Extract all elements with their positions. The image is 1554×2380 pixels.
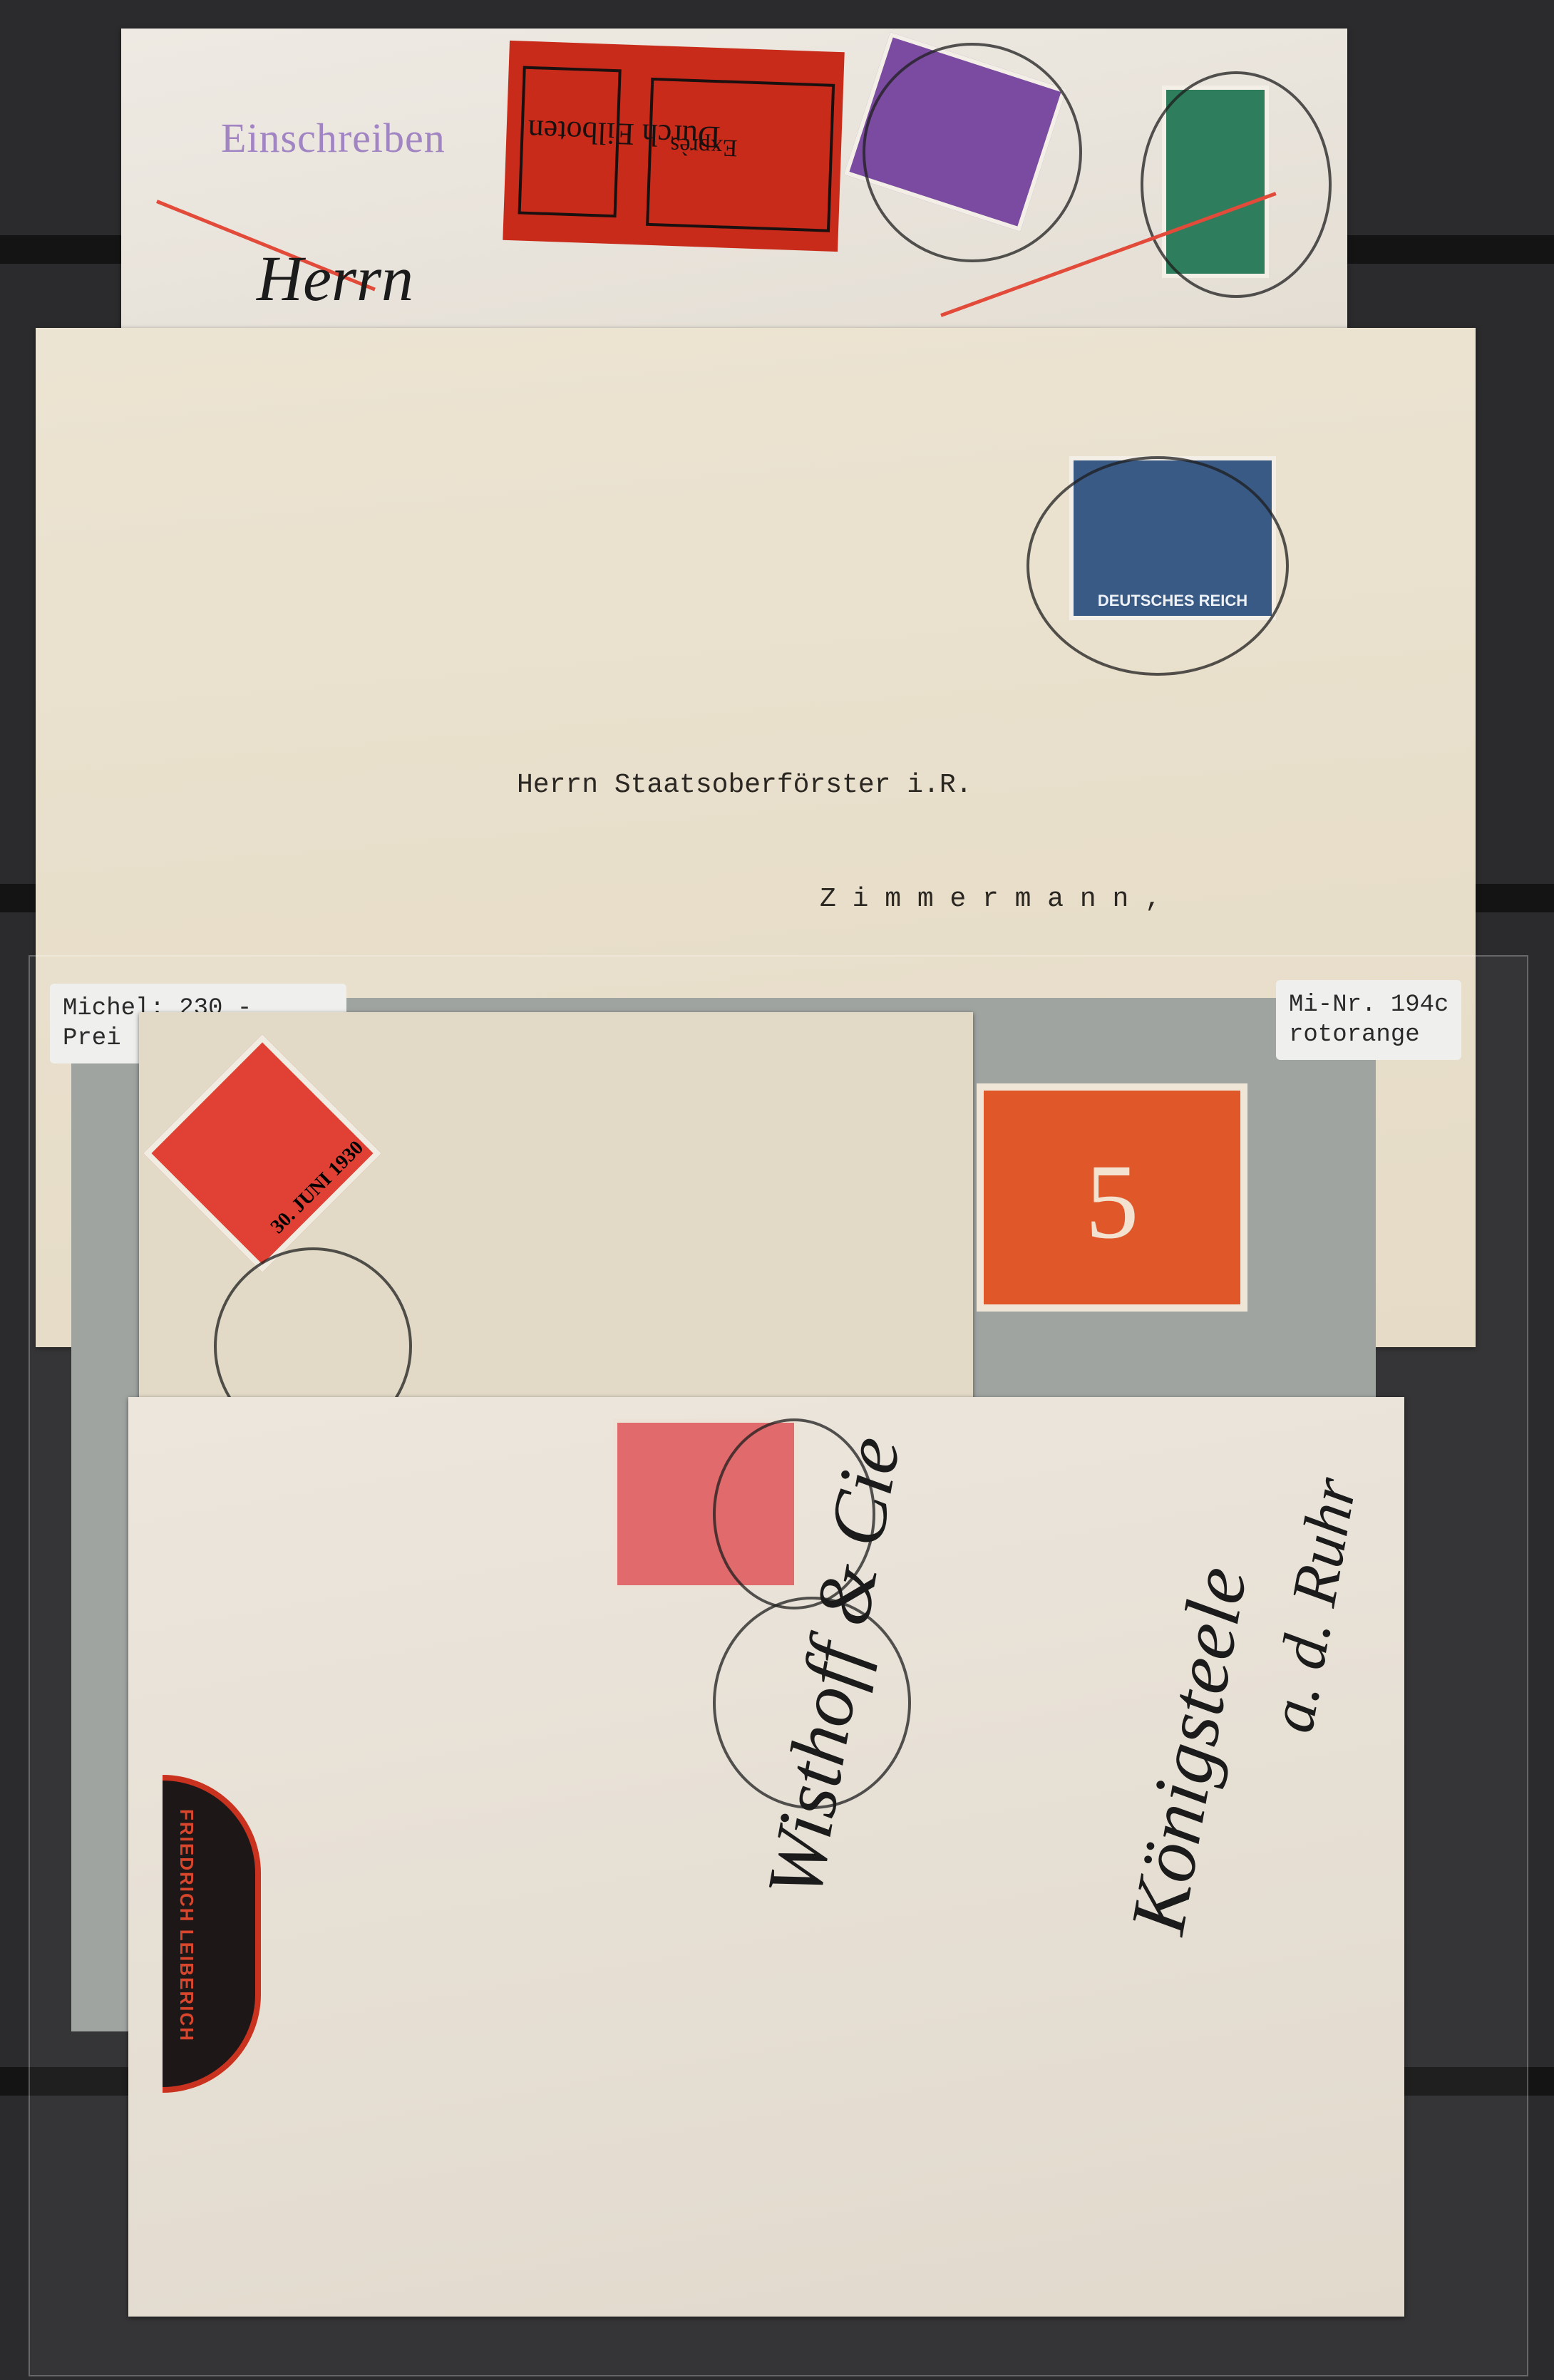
registered-handstamp: Einschreiben bbox=[221, 114, 446, 162]
express-label: Durch Eilboten Exprès bbox=[503, 41, 844, 252]
registered-express-cover: Einschreiben Durch Eilboten Exprès Herrn bbox=[121, 29, 1347, 328]
sender-seal: FRIEDRICH LEIBERICH bbox=[163, 1775, 261, 2093]
address-line-1: Herrn Staatsoberförster i.R. bbox=[517, 770, 972, 800]
handwritten-address: Herrn bbox=[257, 242, 413, 316]
postmark bbox=[1141, 71, 1332, 298]
address-line-2: Z i m m e r m a n n , bbox=[820, 884, 1161, 915]
postmark bbox=[863, 43, 1082, 262]
orange-stamp: 5 bbox=[977, 1083, 1247, 1312]
postmark bbox=[1026, 456, 1289, 676]
catalogue-label-right: Mi-Nr. 194c rotorange bbox=[1276, 980, 1461, 1060]
